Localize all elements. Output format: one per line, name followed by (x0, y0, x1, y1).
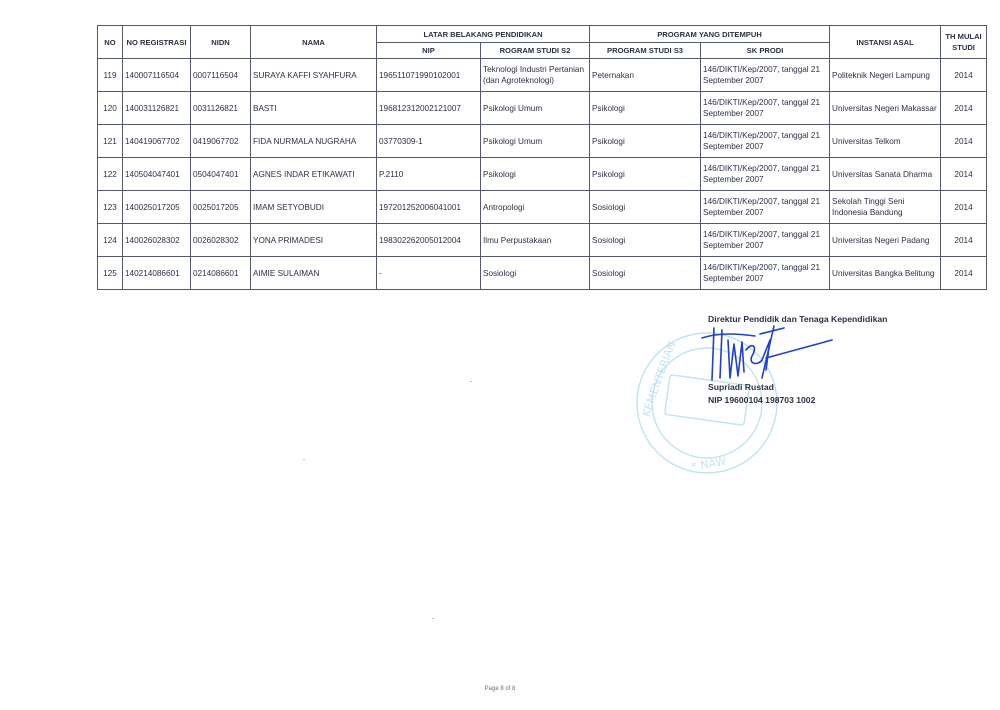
cell-no-registrasi: 140504047401 (123, 158, 191, 191)
cell-sk-prodi: 146/DIKTI/Kep/2007, tanggal 21 September… (701, 224, 830, 257)
cell-sk-prodi: 146/DIKTI/Kep/2007, tanggal 21 September… (701, 59, 830, 92)
cell-nidn: 0026028302 (191, 224, 251, 257)
header-nidn: NIDN (191, 26, 251, 59)
participants-table: NO NO REGISTRASI NIDN NAMA LATAR BELAKAN… (97, 25, 987, 290)
cell-nip: 198302262005012004 (377, 224, 481, 257)
cell-sk-prodi: 146/DIKTI/Kep/2007, tanggal 21 September… (701, 191, 830, 224)
cell-nama: BASTI (251, 92, 377, 125)
table-row: 1201400311268210031126821BASTI1968123120… (98, 92, 987, 125)
header-program-ditempuh: PROGRAM YANG DITEMPUH (590, 26, 830, 43)
cell-no-registrasi: 140419067702 (123, 125, 191, 158)
cell-instansi-asal: Sekolah Tinggi Seni Indonesia Bandung (830, 191, 941, 224)
cell-nama: SURAYA KAFFI SYAHFURA (251, 59, 377, 92)
cell-nip: 196812312002121007 (377, 92, 481, 125)
cell-instansi-asal: Universitas Sanata Dharma (830, 158, 941, 191)
cell-program-s3: Psikologi (590, 92, 701, 125)
cell-program-s3: Peternakan (590, 59, 701, 92)
table-row: 1211404190677020419067702FIDA NURMALA NU… (98, 125, 987, 158)
cell-nidn: 0025017205 (191, 191, 251, 224)
scan-speck (470, 381, 472, 382)
header-nip: NIP (377, 43, 481, 59)
cell-no: 125 (98, 257, 123, 290)
cell-program-s2: Teknologi Industri Pertanian (dan Agrote… (481, 59, 590, 92)
cell-nidn: 0007116504 (191, 59, 251, 92)
cell-program-s3: Sosiologi (590, 191, 701, 224)
table-row: 1191400071165040007116504SURAYA KAFFI SY… (98, 59, 987, 92)
cell-th-mulai-studi: 2014 (941, 59, 987, 92)
header-sk-prodi: SK PRODI (701, 43, 830, 59)
table-row: 1221405040474010504047401AGNES INDAR ETI… (98, 158, 987, 191)
cell-no-registrasi: 140026028302 (123, 224, 191, 257)
cell-no: 119 (98, 59, 123, 92)
table-header: NO NO REGISTRASI NIDN NAMA LATAR BELAKAN… (98, 26, 987, 59)
cell-no-registrasi: 140031126821 (123, 92, 191, 125)
cell-th-mulai-studi: 2014 (941, 224, 987, 257)
page-number: Page 8 of 8 (0, 686, 1000, 692)
header-no-registrasi: NO REGISTRASI (123, 26, 191, 59)
header-instansi-asal: INSTANSI ASAL (830, 26, 941, 59)
cell-program-s3: Psikologi (590, 158, 701, 191)
cell-instansi-asal: Universitas Bangka Belitung (830, 257, 941, 290)
cell-th-mulai-studi: 2014 (941, 125, 987, 158)
cell-no-registrasi: 140007116504 (123, 59, 191, 92)
cell-instansi-asal: Universitas Telkom (830, 125, 941, 158)
header-th-mulai-studi: TH MULAI STUDI (941, 26, 987, 59)
table-body: 1191400071165040007116504SURAYA KAFFI SY… (98, 59, 987, 290)
header-nama: NAMA (251, 26, 377, 59)
cell-program-s2: Psikologi Umum (481, 92, 590, 125)
cell-th-mulai-studi: 2014 (941, 92, 987, 125)
cell-nip: 196511071990102001 (377, 59, 481, 92)
cell-no: 121 (98, 125, 123, 158)
cell-program-s2: Sosiologi (481, 257, 590, 290)
cell-instansi-asal: Politeknik Negeri Lampung (830, 59, 941, 92)
cell-program-s2: Psikologi (481, 158, 590, 191)
cell-no-registrasi: 140025017205 (123, 191, 191, 224)
cell-nidn: 0504047401 (191, 158, 251, 191)
header-program-s3: PROGRAM STUDI S3 (590, 43, 701, 59)
cell-no: 124 (98, 224, 123, 257)
cell-program-s3: Sosiologi (590, 257, 701, 290)
table-row: 1241400260283020026028302YONA PRIMADESI1… (98, 224, 987, 257)
cell-th-mulai-studi: 2014 (941, 191, 987, 224)
cell-nama: AIMIE SULAIMAN (251, 257, 377, 290)
signatory-name: Supriadi Rustad (708, 382, 774, 392)
cell-no-registrasi: 140214086601 (123, 257, 191, 290)
header-no: NO (98, 26, 123, 59)
cell-nama: AGNES INDAR ETIKAWATI (251, 158, 377, 191)
cell-nip: - (377, 257, 481, 290)
cell-nip: P.2110 (377, 158, 481, 191)
header-program-s2: ROGRAM STUDI S2 (481, 43, 590, 59)
cell-nidn: 0214086601 (191, 257, 251, 290)
cell-no: 123 (98, 191, 123, 224)
cell-sk-prodi: 146/DIKTI/Kep/2007, tanggal 21 September… (701, 158, 830, 191)
cell-sk-prodi: 146/DIKTI/Kep/2007, tanggal 21 September… (701, 257, 830, 290)
cell-instansi-asal: Universitas Negeri Padang (830, 224, 941, 257)
scan-speck (303, 459, 305, 460)
cell-th-mulai-studi: 2014 (941, 257, 987, 290)
cell-program-s2: Ilmu Perpustakaan (481, 224, 590, 257)
cell-th-mulai-studi: 2014 (941, 158, 987, 191)
cell-program-s3: Sosiologi (590, 224, 701, 257)
cell-nama: FIDA NURMALA NUGRAHA (251, 125, 377, 158)
cell-no: 120 (98, 92, 123, 125)
table-row: 1231400250172050025017205IMAM SETYOBUDI1… (98, 191, 987, 224)
cell-nama: YONA PRIMADESI (251, 224, 377, 257)
cell-program-s3: Psikologi (590, 125, 701, 158)
cell-instansi-asal: Universitas Negeri Makassar (830, 92, 941, 125)
table-row: 1251402140866010214086601AIMIE SULAIMAN-… (98, 257, 987, 290)
cell-sk-prodi: 146/DIKTI/Kep/2007, tanggal 21 September… (701, 92, 830, 125)
signatory-title: Direktur Pendidik dan Tenaga Kependidika… (708, 314, 887, 324)
cell-no: 122 (98, 158, 123, 191)
header-latar-belakang: LATAR BELAKANG PENDIDIKAN (377, 26, 590, 43)
cell-program-s2: Psikologi Umum (481, 125, 590, 158)
cell-nidn: 0419067702 (191, 125, 251, 158)
cell-nidn: 0031126821 (191, 92, 251, 125)
cell-nip: 03770309-1 (377, 125, 481, 158)
cell-sk-prodi: 146/DIKTI/Kep/2007, tanggal 21 September… (701, 125, 830, 158)
cell-nip: 197201252006041001 (377, 191, 481, 224)
scan-speck (432, 618, 434, 619)
cell-nama: IMAM SETYOBUDI (251, 191, 377, 224)
cell-program-s2: Antropologi (481, 191, 590, 224)
signatory-nip: NIP 19600104 198703 1002 (708, 395, 815, 405)
